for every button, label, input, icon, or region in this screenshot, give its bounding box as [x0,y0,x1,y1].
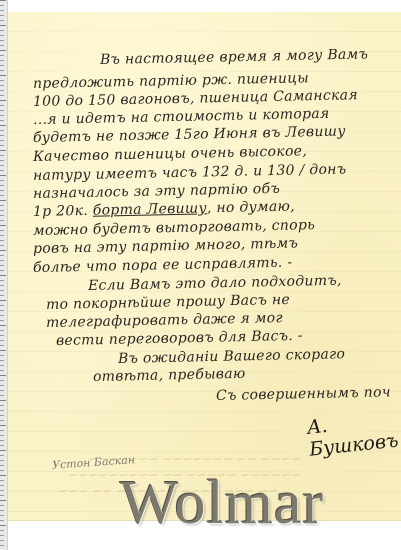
letter-line: натуру имеетъ часъ 132 д. и 130 / донъ [33,161,347,184]
letter-line: Въ ожиданіи Вашего скораго [118,346,345,367]
letter-body: Въ настоящее время я могу Вамъ предложит… [8,12,401,520]
letter-line: телеграфировать даже я мог [46,310,283,331]
letter-line: отвѣта, пребываю [93,366,246,385]
letter-line: болѣе что пора ее исправлять. - [33,255,293,276]
scan-viewport: ~~~~ ~~ ~~~~~~~ ~~~~~~~ ~~~~~~ ~~~~~ ~~ … [0,0,401,550]
letter-line: Съ совершеннымъ поч [216,384,391,404]
signature: А. Бушковъ [306,407,401,460]
letter-sheet: ~~~~ ~~ ~~~~~~~ ~~~~~~~ ~~~~~~ ~~~~~ ~~ … [8,12,401,520]
letter-line: вести переговоровъ для Васъ. - [56,328,303,349]
letter-line: Качество пшеницы очень высокое, [33,143,307,165]
letter-line: Въ настоящее время я могу Вамъ [100,46,368,68]
letter-line: 1р 20к. борта Левишу, но думаю, [33,199,295,220]
line-tail: , но думаю, [207,199,295,217]
underlined-phrase: борта Левишу [93,200,207,218]
letter-line: Если Вамъ это дало подходитъ, [88,273,342,294]
watermark-logo: Wolmar [120,468,324,539]
letter-line: ровъ на эту партію много, тѣмъ [33,235,298,257]
amount-text: 1р 20к. [33,203,93,220]
scale-ruler [0,0,8,550]
